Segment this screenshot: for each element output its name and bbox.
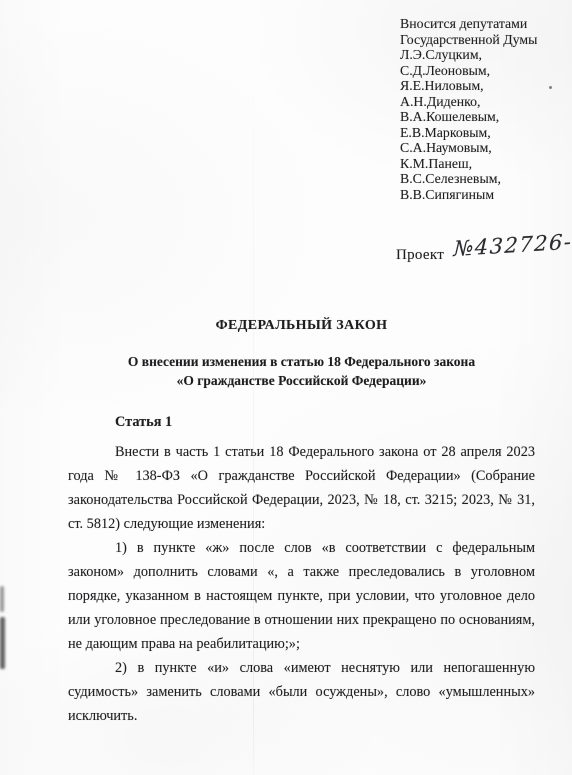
scan-edge-smudge — [0, 586, 4, 612]
submitter-name: Е.В.Марковым, — [400, 125, 537, 141]
paragraph-item-1: 1) в пункте «ж» после слов «в соответств… — [68, 536, 535, 656]
law-body: Внести в часть 1 статьи 18 Федерального … — [68, 440, 535, 728]
submitter-name: Л.Э.Слуцким, — [400, 47, 537, 63]
submitter-name: С.Д.Леоновым, — [400, 63, 537, 79]
law-subtitle: О внесении изменения в статью 18 Федерал… — [68, 352, 535, 390]
scan-edge-smudge — [0, 617, 5, 669]
law-subtitle-line2: «О гражданстве Российской Федерации» — [68, 371, 535, 390]
submitter-name: В.С.Селезневым, — [400, 171, 537, 187]
paragraph-item-2: 2) в пункте «и» слова «имеют неснятую ил… — [68, 656, 535, 728]
project-number-handwritten: №432726-8 — [453, 229, 572, 261]
submitter-name: В.А.Кошелевым, — [400, 109, 537, 125]
article-1-heading: Статья 1 — [115, 414, 172, 431]
project-number-line: Проект№432726-8 — [396, 240, 572, 264]
submitter-name: В.В.Сипягиным — [400, 187, 537, 203]
submitter-name: Я.Е.Ниловым, — [400, 78, 537, 94]
project-label: Проект — [396, 247, 444, 263]
paragraph-intro: Внести в часть 1 статьи 18 Федерального … — [68, 440, 535, 536]
law-subtitle-line1: О внесении изменения в статью 18 Федерал… — [68, 352, 535, 371]
scan-dust-speck — [549, 86, 552, 89]
submitter-name: С.А.Наумовым, — [400, 140, 537, 156]
submitters-block: Вносится депутатами Государственной Думы… — [400, 16, 537, 202]
submitters-line: Вносится депутатами — [400, 16, 537, 32]
law-title: ФЕДЕРАЛЬНЫЙ ЗАКОН — [68, 318, 535, 334]
scanned-law-document-page: Вносится депутатами Государственной Думы… — [0, 0, 572, 775]
submitter-name: К.М.Панеш, — [400, 156, 537, 172]
submitter-name: А.Н.Диденко, — [400, 94, 537, 110]
submitters-line: Государственной Думы — [400, 32, 537, 48]
